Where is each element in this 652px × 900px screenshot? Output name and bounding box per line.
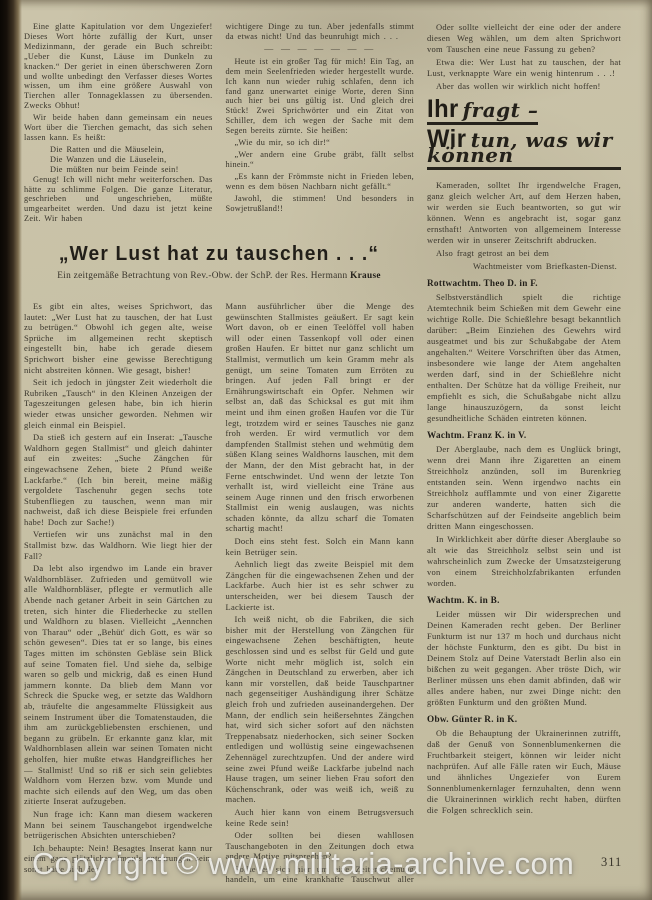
paragraph: Ich weiß nicht, ob die Fabriken, die sic… <box>226 614 415 805</box>
qa-paragraph: Der Aberglaube, nach dem es Unglück brin… <box>427 444 621 532</box>
byline-text: Ein zeitgemäße Betrachtung von Rev.-Obw.… <box>57 271 350 281</box>
paragraph: Oder sollte vielleicht der eine oder der… <box>427 22 621 55</box>
top-column-middle: wichtigere Dinge zu tun. Aber jedenfalls… <box>226 22 415 234</box>
qa-entry: Rottwachtm. Theo D. in F. Selbstverständ… <box>427 278 621 424</box>
qa-entry: Wachtm. Franz K. in V. Der Aberglaube, n… <box>427 430 621 589</box>
paragraph: Wir beide haben dann gemeinsam ein neues… <box>24 113 213 143</box>
paragraph: Vertiefen wir uns zunächst mal in den St… <box>24 529 213 561</box>
byline-author: Krause <box>350 271 381 281</box>
qa-entry: Wachtm. K. in B. Leider müssen wir Dir w… <box>427 595 621 708</box>
quote-line: „Wie du mir, so ich dir!“ <box>226 138 415 148</box>
paragraph: Da stieß ich gestern auf ein Inserat: „T… <box>24 432 213 527</box>
copyright-watermark: Copyright © www.militaria-archive.com <box>32 846 632 882</box>
intro-signature: Wachtmeister vom Briefkasten-Dienst. <box>427 261 621 272</box>
qa-header: Obw. Günter R. in K. <box>427 714 621 725</box>
qa-header: Wachtm. K. in B. <box>427 595 621 606</box>
previous-article-continuation: Eine glatte Kapitulation vor dem Ungezie… <box>24 22 414 234</box>
header-line-2: Wir tun, was wir können <box>427 134 621 170</box>
paragraph: Auch hier kann von einem Betrugsversuch … <box>226 807 415 828</box>
quote-line: „Es kann der Frömmste nicht in Frieden l… <box>226 172 415 192</box>
header-script-fragt: fragt – <box>463 98 539 122</box>
paragraph: Aber das wollen wir wirklich nicht hoffe… <box>427 81 621 92</box>
main-content-area: Eine glatte Kapitulation vor dem Ungezie… <box>24 22 414 887</box>
article-header: „Wer Lust hat zu tauschen . . .“ Ein zei… <box>24 243 414 295</box>
paragraph: Genug! Ich will nicht mehr weiterforsche… <box>24 175 213 225</box>
header-word-ihr: Ihr <box>427 104 459 115</box>
column-intro: Kameraden, solltet Ihr irgendwelche Frag… <box>427 180 621 246</box>
paragraph: Da lebt also irgendwo im Lande ein brave… <box>24 563 213 807</box>
article-title: „Wer Lust hat zu tauschen . . .“ <box>32 243 406 266</box>
paragraph: Heute ist ein großer Tag für mich! Ein T… <box>226 57 415 136</box>
verse-line: Die müßten nur beim Feinde sein! <box>24 165 213 175</box>
qa-paragraph: Selbstverständlich spielt die richtige A… <box>427 292 621 424</box>
article-body: Es gibt ein altes, weises Sprichwort, da… <box>24 301 414 887</box>
paragraph: Mann ausführlicher über die Menge des ge… <box>226 301 415 534</box>
quote-line: „Wer andern eine Grube gräbt, fällt selb… <box>226 150 415 170</box>
qa-header: Wachtm. Franz K. in V. <box>427 430 621 441</box>
dashed-divider: — — — — — — — <box>226 44 415 54</box>
verse-line: Die Wanzen und die Läuselein, <box>24 155 213 165</box>
verse-line: Die Ratten und die Mäuselein, <box>24 145 213 155</box>
top-column-left: Eine glatte Kapitulation vor dem Ungezie… <box>24 22 213 234</box>
paragraph: wichtigere Dinge zu tun. Aber jedenfalls… <box>226 22 415 42</box>
section-header-ihr-fragt: Ihr fragt – Wir tun, was wir können <box>427 104 621 170</box>
paragraph: Etwa die: Wer Lust hat zu tauschen, der … <box>427 57 621 79</box>
paragraph: Seit ich jedoch in jüngster Zeit wiederh… <box>24 377 213 430</box>
magazine-page: Eine glatte Kapitulation vor dem Ungezie… <box>0 0 652 900</box>
header-word-wir: Wir <box>427 134 466 145</box>
right-column: Oder sollte vielleicht der eine oder der… <box>427 22 621 862</box>
paragraph: Aehnlich liegt das zweite Beispiel mit d… <box>226 559 415 612</box>
intro-note: Also fragt getrost an bei dem <box>427 248 621 259</box>
article-column-right: Mann ausführlicher über die Menge des ge… <box>226 301 415 887</box>
qa-header: Rottwachtm. Theo D. in F. <box>427 278 621 289</box>
qa-paragraph: Leider müssen wir Dir widersprechen und … <box>427 609 621 708</box>
article-byline: Ein zeitgemäße Betrachtung von Rev.-Obw.… <box>24 271 414 281</box>
paragraph: Doch eins steht fest. Solch ein Mann kan… <box>226 536 415 557</box>
article-column-left: Es gibt ein altes, weises Sprichwort, da… <box>24 301 213 887</box>
paragraph: Jawohl, die stimmen! Und besonders in So… <box>226 194 415 214</box>
qa-entry: Obw. Günter R. in K. Ob die Behauptung d… <box>427 714 621 816</box>
qa-paragraph: In Wirklichkeit aber dürfte dieser Aberg… <box>427 534 621 589</box>
paragraph: Eine glatte Kapitulation vor dem Ungezie… <box>24 22 213 111</box>
paragraph: Nun frage ich: Kann man diesem wackeren … <box>24 809 213 841</box>
header-line-1: Ihr fragt – <box>427 104 621 125</box>
book-binding-edge <box>0 0 22 900</box>
paragraph: Es gibt ein altes, weises Sprichwort, da… <box>24 301 213 375</box>
qa-paragraph: Ob die Behauptung der Ukrainerinnen zutr… <box>427 728 621 816</box>
